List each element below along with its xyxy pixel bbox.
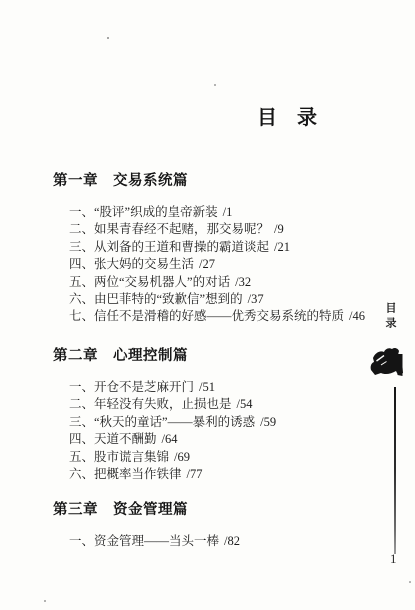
entry-title: 七、信任不是滑稽的好感——优秀交易系统的特质 xyxy=(69,309,344,323)
entry-title: 一、资金管理——当头一棒 xyxy=(69,534,219,548)
toc-entry: 五、两位“交易机器人”的对话/32 xyxy=(69,274,373,291)
chapter-heading: 第二章 心理控制篇 xyxy=(53,344,373,365)
entry-title: 三、“秋天的童话”——暴利的诱惑 xyxy=(69,415,255,429)
toc-entry: 二、年轻没有失败，止损也是/54 xyxy=(69,396,373,413)
entry-page: /77 xyxy=(187,467,203,481)
chapter-entries: 一、资金管理——当头一棒/82 xyxy=(53,533,373,550)
entry-page: /1 xyxy=(223,205,233,219)
margin-rule xyxy=(394,387,396,554)
entry-title: 一、开仓不是芝麻开门 xyxy=(69,380,194,394)
toc-entry: 四、天道不酬勤/64 xyxy=(69,431,373,448)
entry-title: 五、股市谎言集锦 xyxy=(69,450,169,464)
chapter-entries: 一、“股评”织成的皇帝新装/1 二、如果青春经不起赌，那交易呢？/9 三、从刘备… xyxy=(53,204,373,326)
toc-entry: 六、由巴菲特的“致歉信”想到的/37 xyxy=(69,291,373,308)
chapter-heading: 第三章 资金管理篇 xyxy=(53,498,373,519)
entry-title: 三、从刘备的王道和曹操的霸道谈起 xyxy=(69,240,269,254)
toc-page: 目 录 第一章 交易系统篇 一、“股评”织成的皇帝新装/1 二、如果青春经不起赌… xyxy=(0,0,415,610)
side-tab-label: 目录 xyxy=(382,302,398,332)
entry-title: 六、由巴菲特的“致歉信”想到的 xyxy=(69,292,243,306)
ink-blob-icon xyxy=(369,346,405,380)
entry-page: /21 xyxy=(274,240,290,254)
chapter-section: 第一章 交易系统篇 一、“股评”织成的皇帝新装/1 二、如果青春经不起赌，那交易… xyxy=(53,169,373,326)
entry-page: /46 xyxy=(349,309,365,323)
toc-entry: 七、信任不是滑稽的好感——优秀交易系统的特质/46 xyxy=(69,308,373,325)
entry-page: /9 xyxy=(274,222,284,236)
page-number: 1 xyxy=(390,551,397,567)
entry-page: /82 xyxy=(224,534,240,548)
toc-entry: 五、股市谎言集锦/69 xyxy=(69,449,373,466)
entry-title: 一、“股评”织成的皇帝新装 xyxy=(69,205,218,219)
toc-entry: 三、从刘备的王道和曹操的霸道谈起/21 xyxy=(69,239,373,256)
toc-entry: 二、如果青春经不起赌，那交易呢？/9 xyxy=(69,221,373,238)
entry-page: /69 xyxy=(174,450,190,464)
toc-entry: 一、资金管理——当头一棒/82 xyxy=(69,533,373,550)
toc-entry: 四、张大妈的交易生活/27 xyxy=(69,256,373,273)
toc-entry: 一、开仓不是芝麻开门/51 xyxy=(69,379,373,396)
entry-page: /27 xyxy=(199,257,215,271)
toc-entry: 三、“秋天的童话”——暴利的诱惑/59 xyxy=(69,414,373,431)
entry-title: 四、张大妈的交易生活 xyxy=(69,257,194,271)
entry-title: 五、两位“交易机器人”的对话 xyxy=(69,275,230,289)
entry-page: /51 xyxy=(199,380,215,394)
entry-title: 二、如果青春经不起赌，那交易呢？ xyxy=(69,222,269,236)
entry-page: /59 xyxy=(260,415,276,429)
entry-title: 二、年轻没有失败，止损也是 xyxy=(69,397,232,411)
entry-page: /54 xyxy=(237,397,253,411)
entry-page: /37 xyxy=(248,292,264,306)
entry-page: /32 xyxy=(235,275,251,289)
chapter-entries: 一、开仓不是芝麻开门/51 二、年轻没有失败，止损也是/54 三、“秋天的童话”… xyxy=(53,379,373,483)
entry-title: 六、把概率当作铁律 xyxy=(69,467,182,481)
entry-title: 四、天道不酬勤 xyxy=(69,432,157,446)
chapter-section: 第三章 资金管理篇 一、资金管理——当头一棒/82 xyxy=(53,498,373,550)
toc-content: 第一章 交易系统篇 一、“股评”织成的皇帝新装/1 二、如果青春经不起赌，那交易… xyxy=(0,0,415,610)
chapter-section: 第二章 心理控制篇 一、开仓不是芝麻开门/51 二、年轻没有失败，止损也是/54… xyxy=(53,344,373,483)
entry-page: /64 xyxy=(162,432,178,446)
chapter-heading: 第一章 交易系统篇 xyxy=(53,169,373,190)
toc-entry: 一、“股评”织成的皇帝新装/1 xyxy=(69,204,373,221)
toc-entry: 六、把概率当作铁律/77 xyxy=(69,466,373,483)
